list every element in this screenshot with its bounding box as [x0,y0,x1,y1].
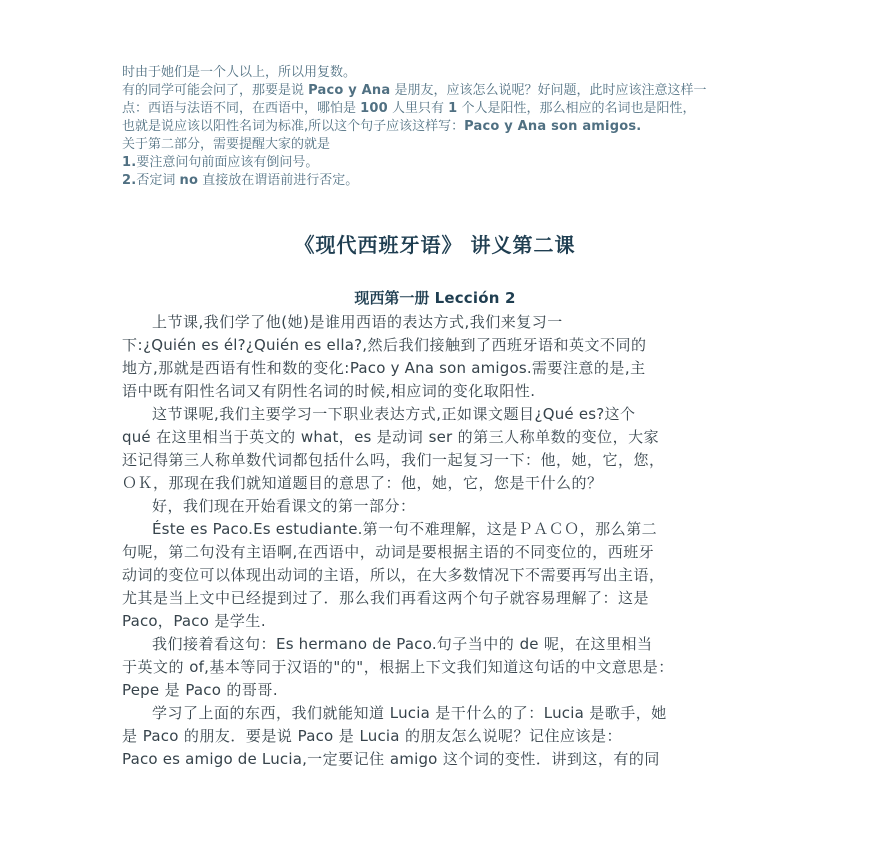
latin-text-segment: Paco y Ana [308,83,390,98]
cjk-text-segment: ， [339,428,355,446]
latin-text-segment: qué [122,428,151,446]
latin-text-segment: Paco [122,612,158,630]
cjk-text-segment: 在这里相当于英文的 [151,428,301,446]
cjk-text-segment: 是干什么的了： [430,704,544,722]
cjk-text-segment: 是朋友，应该怎么说呢？好问题，此时应该注意这样一 [390,83,706,98]
cjk-text-segment: 否定词 [136,173,179,188]
text-line: ＯＫ，那现在我们就知道题目的意思了：他，她，它，您是干什么的？ [122,472,762,495]
cjk-text-segment: 呢，在这里相当 [539,635,653,653]
cjk-text-segment: 于英文的 [122,658,189,676]
latin-text-segment: Lucia [544,704,584,722]
text-line: 是 Paco 的朋友．要是说 Paco 是 Lucia 的朋友怎么说呢？记住应该… [122,725,762,748]
text-line: 下:¿Quién es él?¿Quién es ella?,然后我们接触到了西… [122,334,762,357]
cjk-text-segment: 这节课呢,我们主要学习一下职业表达方式,正如课文题目 [152,405,535,423]
cjk-text-segment: 地方,那就是西语有性和数的变化: [122,359,350,377]
latin-text-segment: Paco y Ana son amigos. [350,359,532,377]
cjk-text-segment: 尤其是当上文中已经提到过了．那么我们再看这两个句子就容易理解了：这是 [122,589,649,607]
latin-text-segment: Éste es Paco.Es estudiante. [152,520,363,538]
cjk-text-segment: 还记得第三人称单数代词都包括什么吗，我们一起复习一下：他，她，它，您， [122,451,665,469]
cjk-text-segment: 的第三人称单数的变位，大家 [452,428,659,446]
cjk-text-segment: 直接放在谓语前进行否定。 [198,173,358,188]
latin-text-segment: ¿Qué es? [535,405,605,423]
latin-text-segment: Lucia [359,727,399,745]
cjk-text-segment: ,基本等同于汉语的"的"，根据上下文我们知道这句话的中文意思是： [204,658,674,676]
text-line: 点：西语与法语不同，在西语中，哪怕是 100 人里只有 1 个人是阳性，那么相应… [122,100,758,118]
cjk-text-segment: 的朋友．要是说 [179,727,298,745]
cjk-text-segment: 点：西语与法语不同，在西语中，哪怕是 [122,101,360,116]
cjk-text-segment: 需要注意的是,主 [532,359,646,377]
cjk-text-segment: 人里只有 [388,101,448,116]
cjk-text-segment: 是学生. [209,612,266,630]
latin-text-segment: of [189,658,204,676]
cjk-text-segment: 句子当中的 [437,635,520,653]
cjk-text-segment: 要注意问句前面应该有倒问号。 [136,155,318,170]
cjk-text-segment: 是动词 [372,428,429,446]
latin-text-segment: 1. [122,155,136,170]
cjk-text-segment: 这个词的变性．讲到这，有的同 [438,750,660,768]
cjk-text-segment: ， [158,612,174,630]
latin-text-segment: Pepe [122,681,159,699]
cjk-text-segment: 是 [333,727,359,745]
cjk-text-segment: 是 [122,727,143,745]
text-line: Pepe 是 Paco 的哥哥. [122,679,762,702]
text-line: 时由于她们是一个人以上，所以用复数。 [122,64,758,82]
text-line: 动词的变位可以体现出动词的主语，所以，在大多数情况下不需要再写出主语， [122,564,762,587]
lesson-body-text: 上节课,我们学了他(她)是谁用西语的表达方式,我们来复习一下:¿Quién es… [122,311,762,771]
cjk-text-segment: 的哥哥. [221,681,278,699]
text-line: 语中既有阳性名词又有阴性名词的时候,相应词的变化取阳性. [122,380,762,403]
cjk-text-segment: ,然后我们接触到了西班牙语和英文不同的 [362,336,646,354]
text-line: 这节课呢,我们主要学习一下职业表达方式,正如课文题目¿Qué es?这个 [122,403,762,426]
cjk-text-segment: 也就是说应该以阳性名词为标准,所以这个句子应该这样写： [122,119,464,134]
document-subtitle: 现西第一册 Lección 2 [0,287,870,308]
text-line: 于英文的 of,基本等同于汉语的"的"，根据上下文我们知道这句话的中文意思是： [122,656,762,679]
text-line: 句呢，第二句没有主语啊,在西语中，动词是要根据主语的不同变位的，西班牙 [122,541,762,564]
intro-notes-block: 时由于她们是一个人以上，所以用复数。有的同学可能会问了，那要是说 Paco y … [122,64,758,190]
cjk-text-segment: 一定要记住 [307,750,390,768]
text-line: 还记得第三人称单数代词都包括什么吗，我们一起复习一下：他，她，它，您， [122,449,762,472]
cjk-text-segment: 的朋友怎么说呢？记住应该是： [400,727,622,745]
cjk-text-segment: 时由于她们是一个人以上，所以用复数。 [122,65,356,80]
latin-text-segment: Paco [173,612,209,630]
cjk-text-segment: 语中既有阳性名词又有阴性名词的时候,相应词的变化取阳性. [122,382,536,400]
latin-text-segment: ¿Quién es él?¿Quién es ella? [143,336,362,354]
cjk-text-segment: 下: [122,336,143,354]
cjk-text-segment: 关于第二部分，需要提醒大家的就是 [122,137,330,152]
text-line: 我们接着看这句：Es hermano de Paco.句子当中的 de 呢，在这… [122,633,762,656]
latin-text-segment: 2. [122,173,136,188]
latin-text-segment: Lección 2 [435,289,516,307]
text-line: Éste es Paco.Es estudiante.第一句不难理解，这是ＰＡＣ… [122,518,762,541]
latin-text-segment: Paco [143,727,179,745]
cjk-text-segment: 好，我们现在开始看课文的第一部分： [152,497,416,515]
text-line: 学习了上面的东西，我们就能知道 Lucia 是干什么的了：Lucia 是歌手，她 [122,702,762,725]
latin-text-segment: Es hermano de Paco. [276,635,437,653]
cjk-text-segment: 现西第一册 [354,289,434,307]
text-line: 有的同学可能会问了，那要是说 Paco y Ana 是朋友，应该怎么说呢？好问题… [122,82,758,100]
cjk-text-segment: 第一句不难理解，这是ＰＡＣＯ，那么第二 [363,520,658,538]
text-line: 关于第二部分，需要提醒大家的就是 [122,136,758,154]
cjk-text-segment: 动词的变位可以体现出动词的主语，所以，在大多数情况下不需要再写出主语， [122,566,665,584]
latin-text-segment: Paco [185,681,221,699]
text-line: qué 在这里相当于英文的 what，es 是动词 ser 的第三人称单数的变位… [122,426,762,449]
text-line: 尤其是当上文中已经提到过了．那么我们再看这两个句子就容易理解了：这是 [122,587,762,610]
document-page: 时由于她们是一个人以上，所以用复数。有的同学可能会问了，那要是说 Paco y … [0,0,870,842]
text-line: 地方,那就是西语有性和数的变化:Paco y Ana son amigos.需要… [122,357,762,380]
latin-text-segment: es [354,428,371,446]
latin-text-segment: Paco y Ana son amigos. [464,119,641,134]
text-line: 上节课,我们学了他(她)是谁用西语的表达方式,我们来复习一 [122,311,762,334]
latin-text-segment: amigo [390,750,438,768]
cjk-text-segment: 学习了上面的东西，我们就能知道 [152,704,390,722]
latin-text-segment: de [520,635,539,653]
text-line: 1.要注意问句前面应该有倒问号。 [122,154,758,172]
latin-text-segment: Lucia [390,704,430,722]
cjk-text-segment: 是歌手，她 [584,704,667,722]
latin-text-segment: Paco [298,727,334,745]
cjk-text-segment: 上节课,我们学了他(她)是谁用西语的表达方式,我们来复习一 [152,313,563,331]
cjk-text-segment: ＯＫ，那现在我们就知道题目的意思了：他，她，它，您是干什么的？ [122,474,603,492]
text-line: 2.否定词 no 直接放在谓语前进行否定。 [122,172,758,190]
text-line: Paco es amigo de Lucia,一定要记住 amigo 这个词的变… [122,748,762,771]
latin-text-segment: 100 [360,101,388,116]
text-line: 现西第一册 Lección 2 [354,287,515,308]
latin-text-segment: what [301,428,339,446]
latin-text-segment: ser [429,428,453,446]
cjk-text-segment: 我们接着看这句： [152,635,276,653]
text-line: 好，我们现在开始看课文的第一部分： [122,495,762,518]
cjk-text-segment: 有的同学可能会问了，那要是说 [122,83,308,98]
document-title: 《现代西班牙语》 讲义第二课 [0,229,870,258]
cjk-text-segment: 是 [159,681,185,699]
text-line: Paco，Paco 是学生. [122,610,762,633]
cjk-text-segment: 个人是阳性，那么相应的名词也是阳性， [457,101,695,116]
cjk-text-segment: 句呢，第二句没有主语啊,在西语中，动词是要根据主语的不同变位的，西班牙 [122,543,654,561]
text-line: 也就是说应该以阳性名词为标准,所以这个句子应该这样写：Paco y Ana so… [122,118,758,136]
latin-text-segment: no [180,173,199,188]
latin-text-segment: Paco es amigo de Lucia, [122,750,307,768]
cjk-text-segment: 这个 [604,405,635,423]
